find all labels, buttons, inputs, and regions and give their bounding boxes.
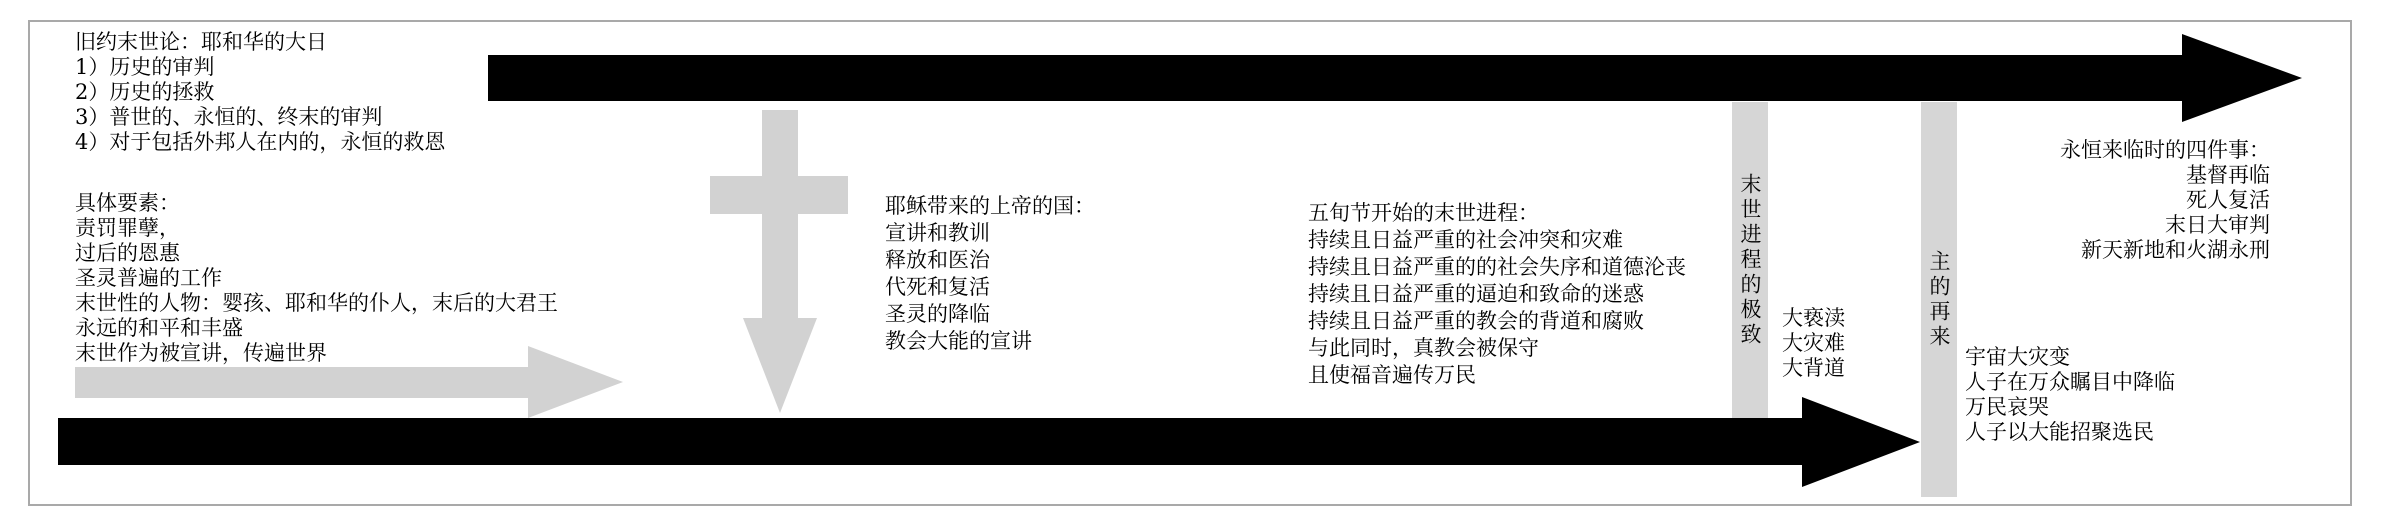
text-line: 末世性的人物：婴孩、耶和华的仆人，末后的大君王 bbox=[75, 291, 558, 316]
second-coming-events-block: 宇宙大灾变 人子在万众瞩目中降临 万民哀哭 人子以大能招聚选民 bbox=[1965, 345, 2175, 445]
cross-down-arrow-head bbox=[743, 318, 817, 413]
pentecost-process-block: 五旬节开始的末世进程： 持续且日益严重的社会冲突和灾难 持续且日益严重的的社会失… bbox=[1308, 200, 1686, 389]
text-line: 持续且日益严重的逼迫和致命的迷惑 bbox=[1308, 281, 1686, 308]
top-timeline-arrow-shaft bbox=[488, 55, 2182, 101]
text-line: 宇宙大灾变 bbox=[1965, 345, 2175, 370]
text-line: 责罚罪孽， bbox=[75, 216, 558, 241]
text-line: 人子以大能招聚选民 bbox=[1965, 420, 2175, 445]
text-line: 持续且日益严重的教会的背道和腐败 bbox=[1308, 308, 1686, 335]
text-line: 宣讲和教训 bbox=[885, 220, 1095, 247]
ot-eschatology-block: 旧约末世论：耶和华的大日 1）历史的审判 2）历史的拯救 3）普世的、永恒的、终… bbox=[75, 30, 445, 155]
lords-return-bar-label: 主的再来 bbox=[1924, 250, 1954, 350]
text-line: 新天新地和火湖永刑 bbox=[2060, 238, 2270, 263]
text-line: 4）对于包括外邦人在内的，永恒的救恩 bbox=[75, 130, 445, 155]
climax-bar: 末世进程的极致 bbox=[1732, 102, 1768, 418]
text-line: 3）普世的、永恒的、终末的审判 bbox=[75, 105, 445, 130]
text-line: 死人复活 bbox=[2060, 188, 2270, 213]
text-line: 持续且日益严重的社会冲突和灾难 bbox=[1308, 227, 1686, 254]
text-line: 万民哀哭 bbox=[1965, 395, 2175, 420]
concrete-elements-block: 具体要素： 责罚罪孽， 过后的恩惠 圣灵普遍的工作 末世性的人物：婴孩、耶和华的… bbox=[75, 191, 558, 366]
text-line: 圣灵普遍的工作 bbox=[75, 266, 558, 291]
text-line: 五旬节开始的末世进程： bbox=[1308, 200, 1686, 227]
text-line: 且使福音遍传万民 bbox=[1308, 362, 1686, 389]
bottom-timeline-arrow-head bbox=[1802, 397, 1920, 487]
gray-spread-arrow-shaft bbox=[75, 367, 528, 398]
text-line: 大亵渎 bbox=[1782, 306, 1845, 331]
climax-bar-label: 末世进程的极致 bbox=[1735, 173, 1765, 348]
top-timeline-arrow-head bbox=[2182, 34, 2302, 122]
text-line: 2）历史的拯救 bbox=[75, 80, 445, 105]
text-line: 教会大能的宣讲 bbox=[885, 328, 1095, 355]
cross-down-arrow-shaft bbox=[762, 110, 798, 320]
text-line: 末世作为被宣讲，传遍世界 bbox=[75, 341, 558, 366]
text-line: 圣灵的降临 bbox=[885, 301, 1095, 328]
text-line: 旧约末世论：耶和华的大日 bbox=[75, 30, 445, 55]
text-line: 大灾难 bbox=[1782, 331, 1845, 356]
text-line: 1）历史的审判 bbox=[75, 55, 445, 80]
text-line: 过后的恩惠 bbox=[75, 241, 558, 266]
text-line: 释放和医治 bbox=[885, 247, 1095, 274]
text-line: 持续且日益严重的的社会失序和道德沦丧 bbox=[1308, 254, 1686, 281]
three-greats-block: 大亵渎 大灾难 大背道 bbox=[1782, 306, 1845, 381]
text-line: 永恒来临时的四件事： bbox=[2060, 138, 2270, 163]
text-line: 耶稣带来的上帝的国： bbox=[885, 193, 1095, 220]
text-line: 大背道 bbox=[1782, 356, 1845, 381]
text-line: 末日大审判 bbox=[2060, 213, 2270, 238]
four-things-block: 永恒来临时的四件事： 基督再临 死人复活 末日大审判 新天新地和火湖永刑 bbox=[2060, 138, 2270, 263]
bottom-timeline-arrow-shaft bbox=[58, 418, 1802, 465]
text-line: 基督再临 bbox=[2060, 163, 2270, 188]
text-line: 与此同时，真教会被保守 bbox=[1308, 335, 1686, 362]
text-line: 代死和复活 bbox=[885, 274, 1095, 301]
eschatology-timeline-diagram: 末世进程的极致 主的再来 旧约末世论：耶和华的大日 1）历史的审判 2）历史的拯… bbox=[0, 0, 2392, 525]
text-line: 具体要素： bbox=[75, 191, 558, 216]
lords-return-bar: 主的再来 bbox=[1921, 102, 1957, 497]
cross-down-arrow-crossbar bbox=[710, 176, 848, 214]
kingdom-by-jesus-block: 耶稣带来的上帝的国： 宣讲和教训 释放和医治 代死和复活 圣灵的降临 教会大能的… bbox=[885, 193, 1095, 355]
text-line: 永远的和平和丰盛 bbox=[75, 316, 558, 341]
text-line: 人子在万众瞩目中降临 bbox=[1965, 370, 2175, 395]
